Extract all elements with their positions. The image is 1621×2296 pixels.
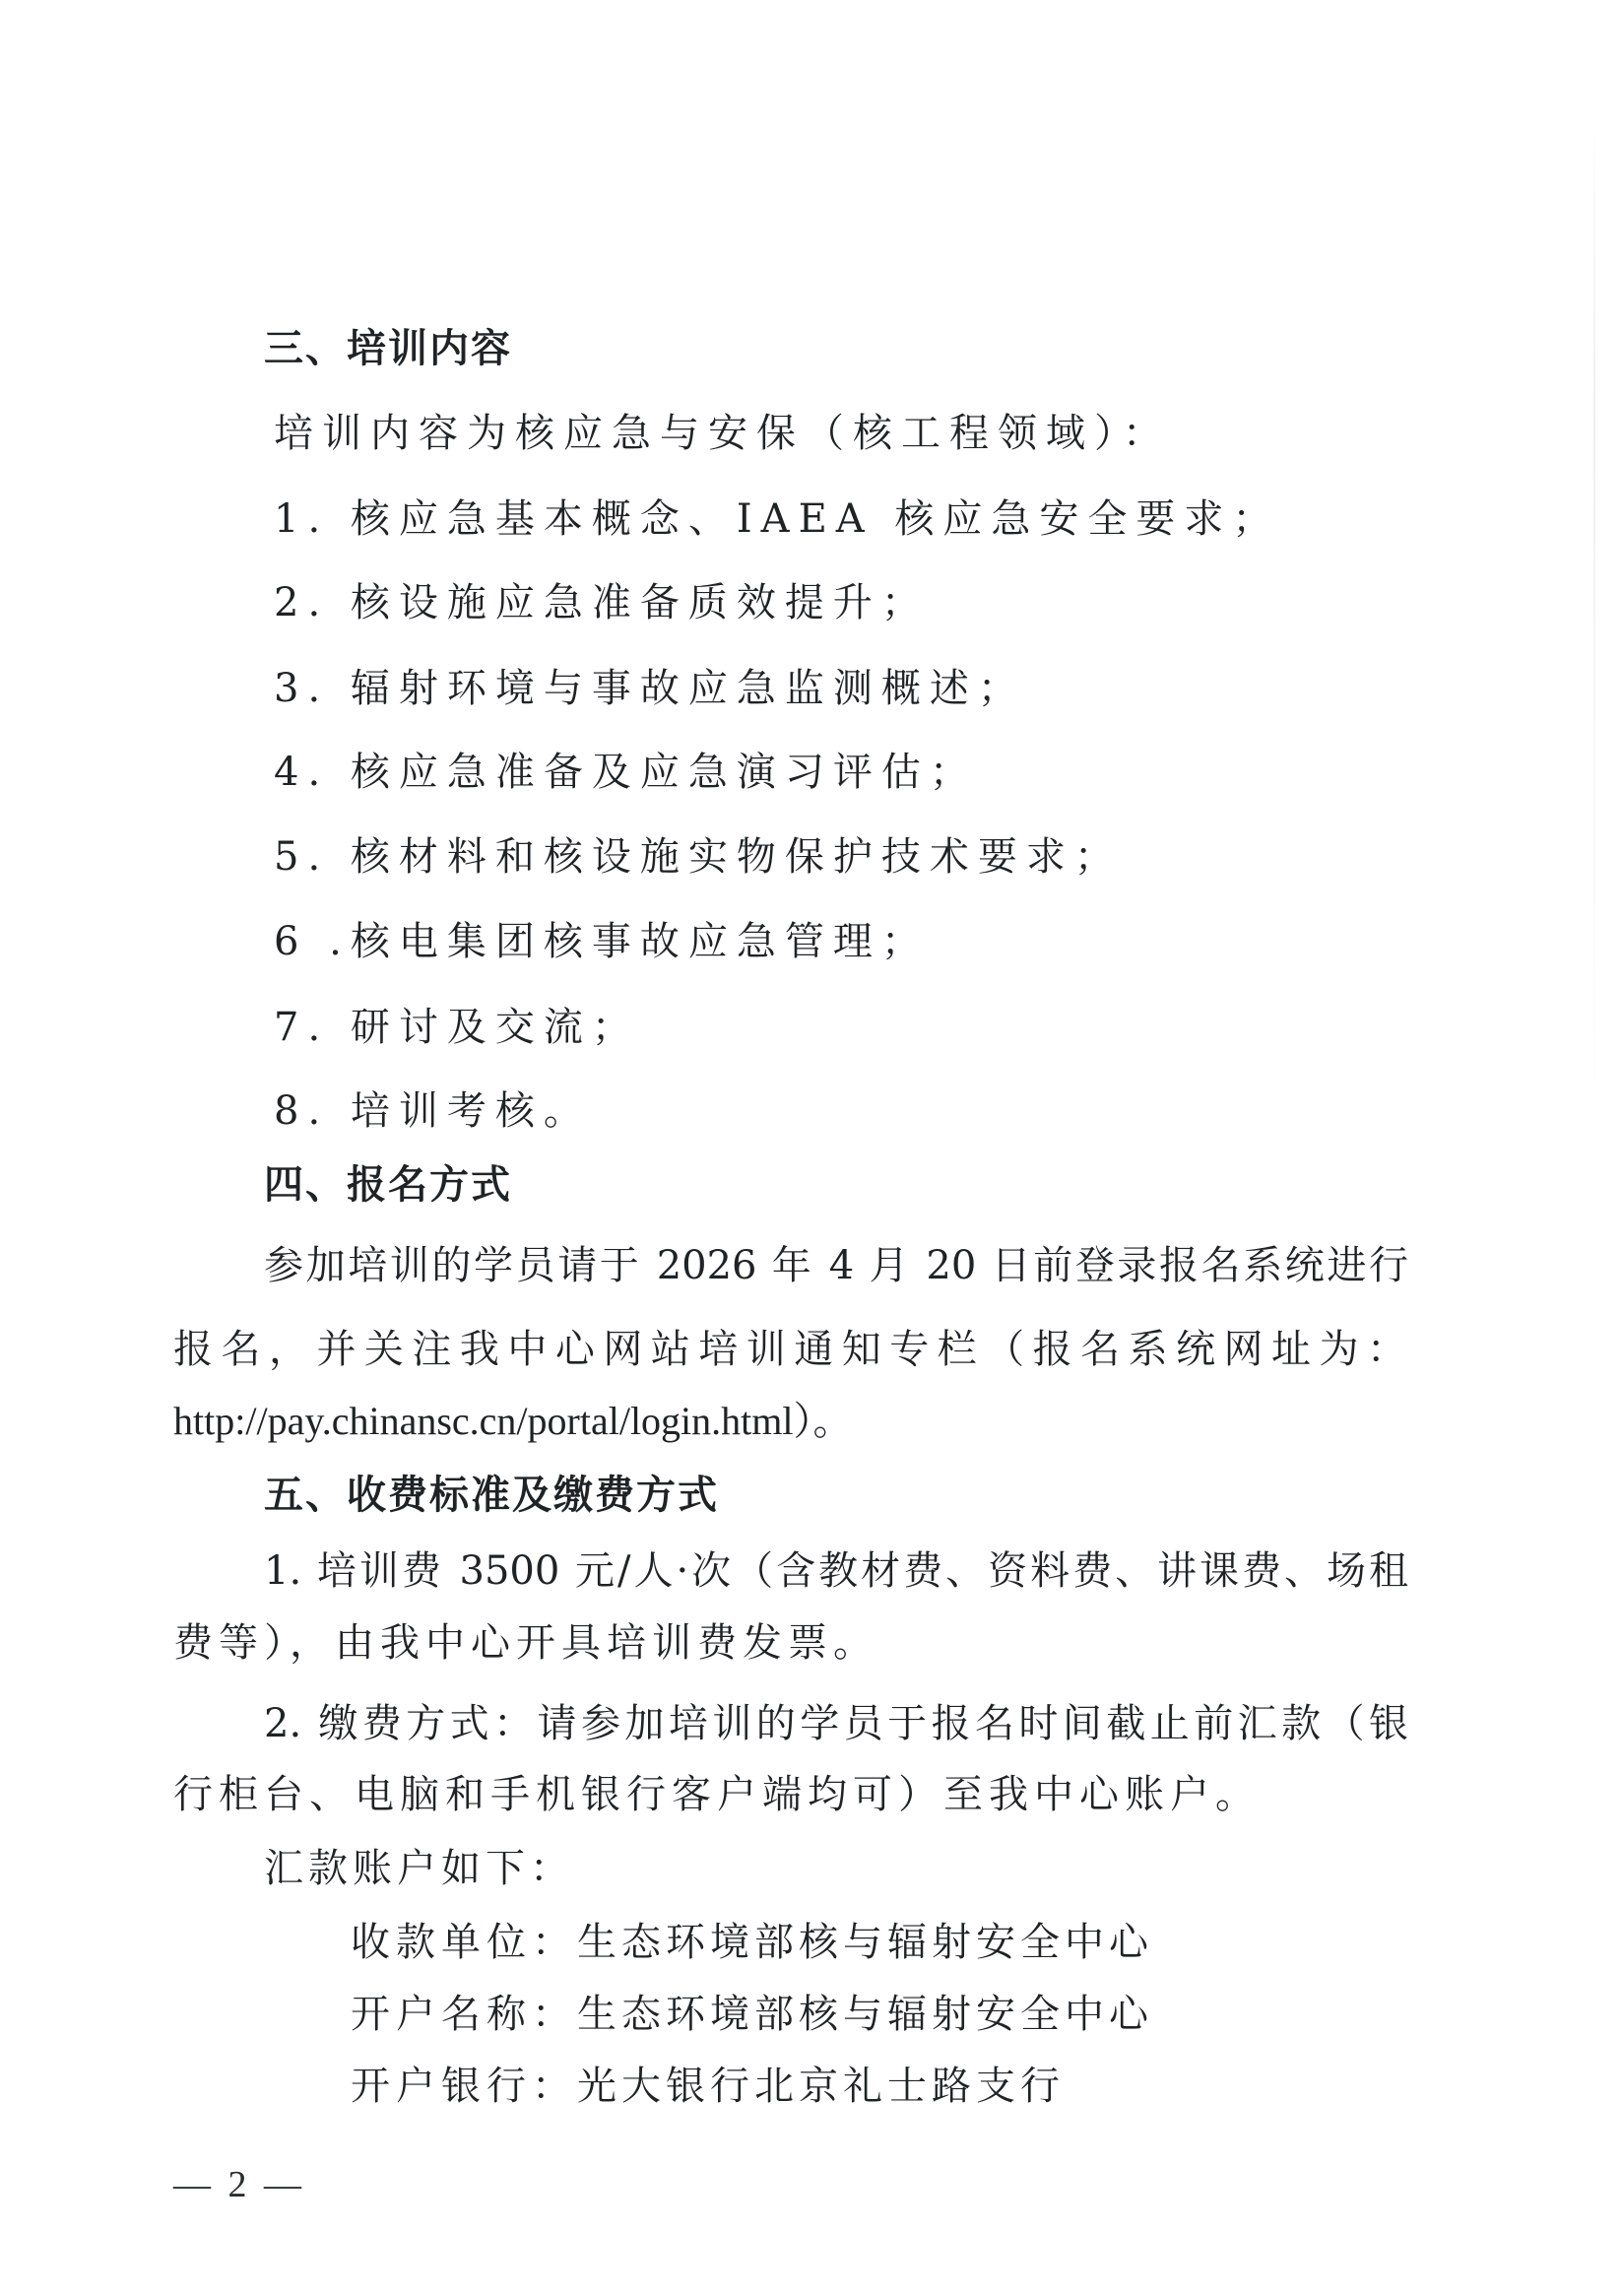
account-value-bank: 光大银行北京礼士路支行 — [577, 2063, 1065, 2110]
section-4-heading: 四、报名方式 — [264, 1161, 512, 1209]
account-intro: 汇款账户如下： — [264, 1845, 574, 1892]
section-3-item-3: 3. 辐射环境与事故应急监测概述； — [274, 665, 1026, 712]
page-number: — 2 — — [173, 2163, 305, 2206]
section-3-intro: 培训内容为核应急与安保（核工程领域）： — [274, 410, 1171, 457]
payment-line-1: 2. 缴费方式：请参加培训的学员于报名时间截止前汇款（银 — [264, 1700, 1408, 1747]
section-3-item-7: 7. 研讨及交流； — [274, 1004, 640, 1051]
section-3-heading: 三、培训内容 — [264, 325, 512, 372]
account-label-account-name: 开户名称： — [351, 1991, 577, 2038]
section-4-paragraph-line-1: 参加培训的学员请于 2026 年 4 月 20 日前登录报名系统进行 — [264, 1242, 1408, 1289]
scan-edge-artifact — [1593, 98, 1595, 1182]
section-3-item-8: 8. 培训考核。 — [274, 1087, 592, 1135]
account-label-payee: 收款单位： — [351, 1919, 577, 1966]
section-3-item-4: 4. 核应急准备及应急演习评估； — [274, 749, 978, 796]
account-label-bank: 开户银行： — [351, 2063, 577, 2110]
payment-line-2: 行柜台、电脑和手机银行客户端均可）至我中心账户。 — [173, 1771, 1261, 1818]
account-value-payee: 生态环境部核与辐射安全中心 — [577, 1919, 1153, 1966]
account-row-payee: 收款单位：生态环境部核与辐射安全中心 — [351, 1919, 1153, 1966]
registration-url-line: http://pay.chinansc.cn/portal/login.html… — [173, 1398, 853, 1445]
section-3-item-1: 1. 核应急基本概念、IAEA 核应急安全要求； — [274, 495, 1280, 543]
account-value-account-name: 生态环境部核与辐射安全中心 — [577, 1991, 1153, 2038]
section-4-paragraph-line-2: 报名，并关注我中心网站培训通知专栏（报名系统网址为： — [173, 1326, 1406, 1373]
account-row-account-name: 开户名称：生态环境部核与辐射安全中心 — [351, 1991, 1153, 2038]
account-row-bank: 开户银行：光大银行北京礼士路支行 — [351, 2063, 1065, 2110]
fee-line-2: 费等），由我中心开具培训费发票。 — [173, 1619, 878, 1667]
section-3-item-5: 5. 核材料和核设施实物保护技术要求； — [274, 833, 1123, 881]
section-3-item-2: 2. 核设施应急准备质效提升； — [274, 579, 930, 626]
section-5-heading: 五、收费标准及缴费方式 — [264, 1472, 719, 1519]
section-3-item-6: 6 .核电集团核事故应急管理； — [274, 918, 930, 965]
fee-line-1: 1. 培训费 3500 元/人·次（含教材费、资料费、讲课费、场租 — [264, 1547, 1408, 1595]
document-page: 三、培训内容 培训内容为核应急与安保（核工程领域）： 1. 核应急基本概念、IA… — [0, 0, 1621, 2296]
